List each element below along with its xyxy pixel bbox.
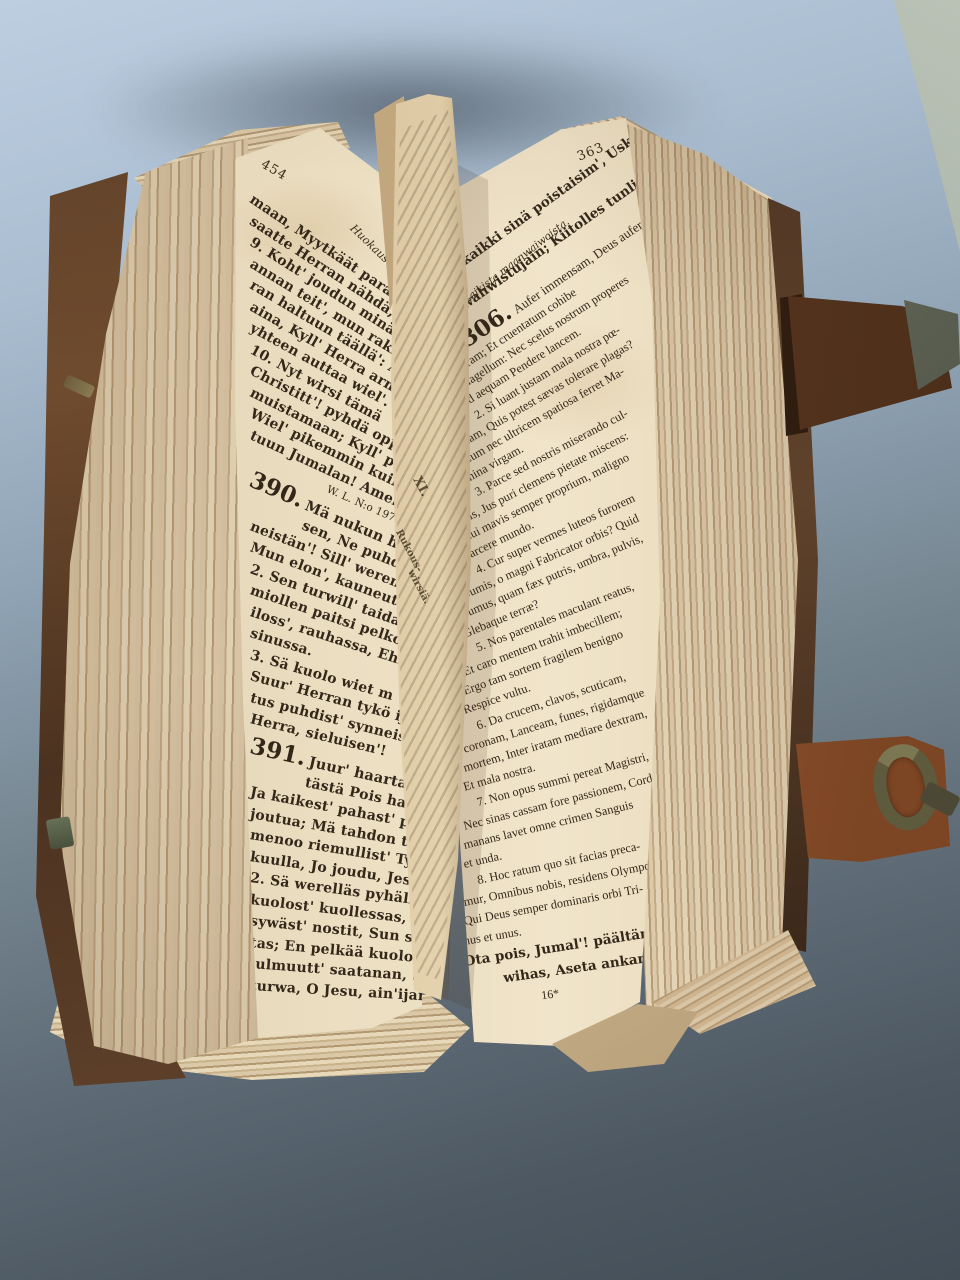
left-metal-pin-lower (46, 816, 75, 850)
photo-canvas: 454 Huokaus maan, Myytkäät parannu saatt… (0, 0, 960, 1280)
left-page-number: 454 (258, 157, 290, 184)
